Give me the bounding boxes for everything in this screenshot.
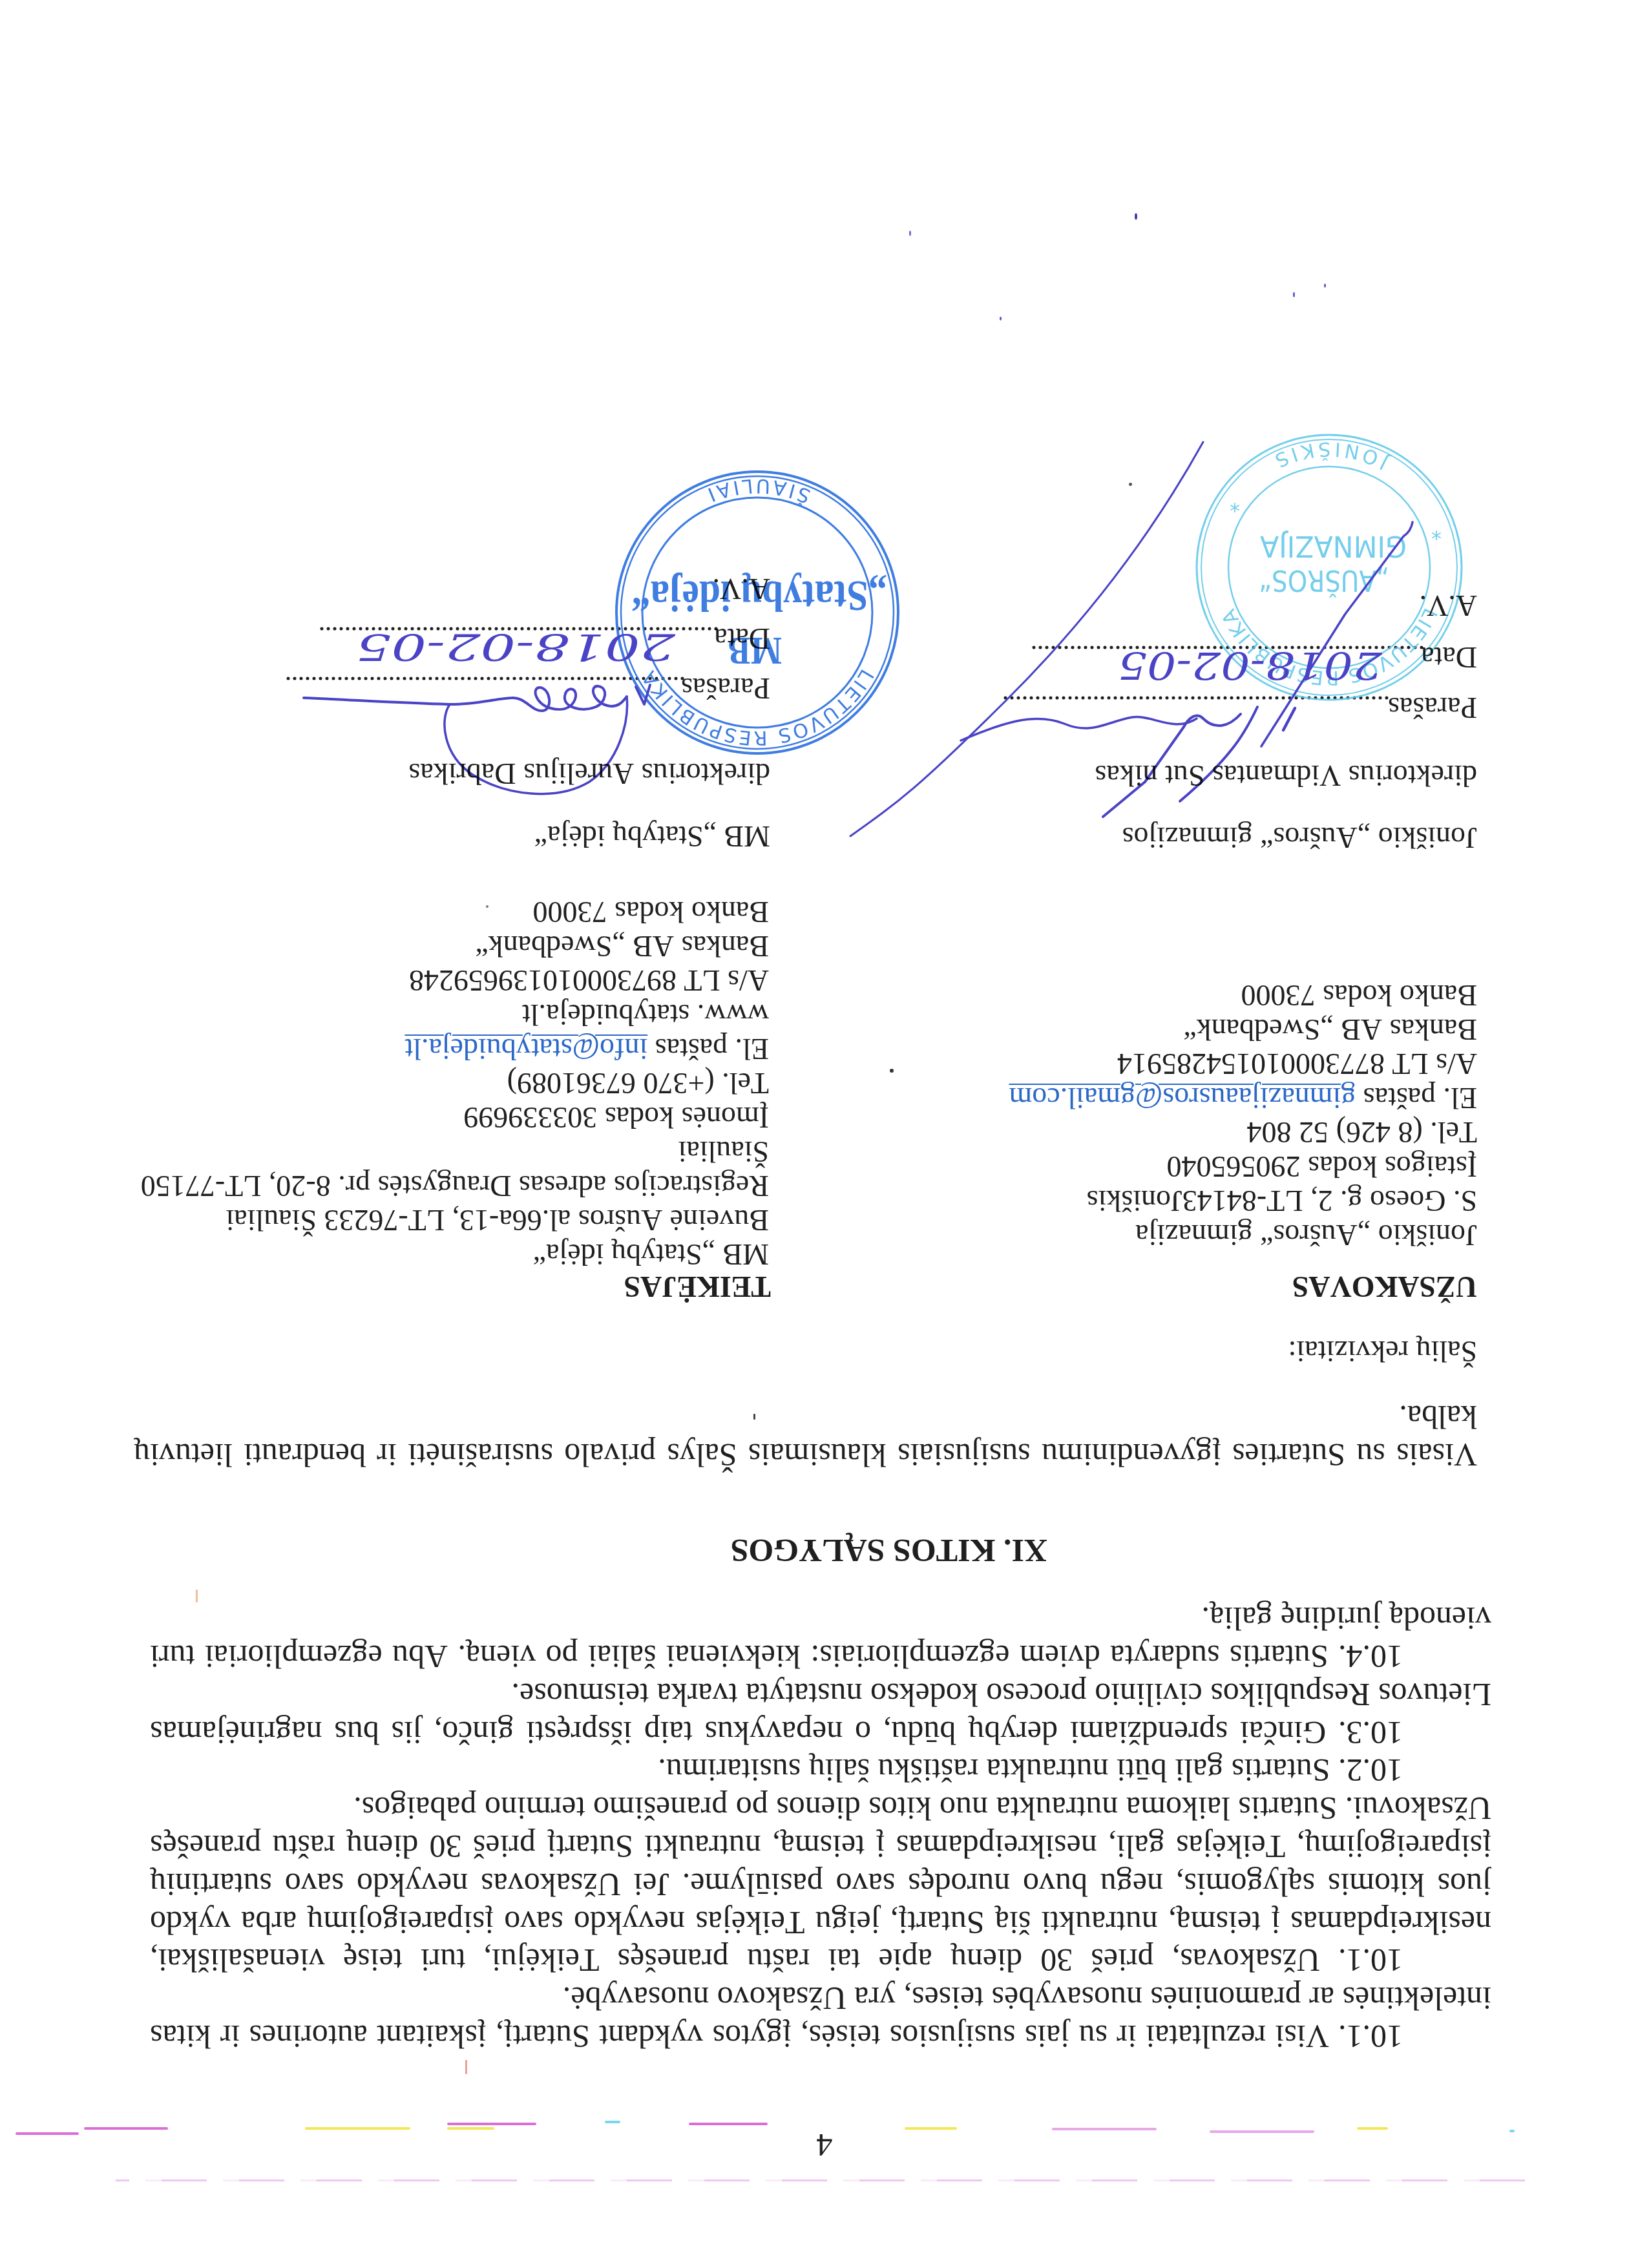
- customer-stamp-separator: *: [1230, 492, 1240, 517]
- svg-text:JONIŠKIS: JONIŠKIS: [1266, 437, 1392, 474]
- page-number: 4: [792, 2126, 857, 2164]
- scan-artifact-line: [116, 2179, 1525, 2181]
- customer-signature-org: Joniškio „Aušros“ gimnazijos: [1122, 821, 1477, 855]
- provider-stamp-ring-bottom: ŠIAULIAI: [701, 474, 814, 509]
- scan-artifact-dash: [1052, 2128, 1157, 2130]
- scan-speck: [1135, 213, 1137, 220]
- clause-10-1b-line: juos kitomis sąlygomis, negu buvo nurodę…: [150, 1865, 1491, 1904]
- customer-requisites: Joniškio „Aušros“ gimnazija S. Goeso g. …: [1009, 978, 1477, 1252]
- svg-text:LIETUVOS RESPUBLIKA: LIETUVOS RESPUBLIKA: [1217, 604, 1441, 689]
- customer-bank-code: Banko kodas 73000: [1009, 978, 1477, 1013]
- customer-name: Joniškio „Aušros“ gimnazija: [1009, 1218, 1477, 1252]
- scan-artifact-dash: [16, 2132, 79, 2135]
- customer-email-row: El. paštas gimnazijaausros@gmail.com: [1009, 1081, 1477, 1115]
- scan-speck: [1129, 483, 1132, 486]
- customer-stamp-center-1: „AUŠROS“: [1259, 563, 1389, 598]
- customer-phone: Tel. (8 426) 52 804: [1009, 1115, 1477, 1150]
- scan-artifact-dash: [905, 2127, 957, 2130]
- customer-email-label: El. paštas: [1363, 1082, 1477, 1115]
- svg-text:ŠIAULIAI: ŠIAULIAI: [701, 474, 814, 509]
- clause-10-2-line: 10.2. Sutartis gali būti nutraukta rašti…: [150, 1752, 1491, 1790]
- customer-stamp-separator: *: [1431, 520, 1442, 545]
- clause-10-3-line: 10.3. Ginčai sprendžiami derybų būdu, o …: [150, 1714, 1491, 1752]
- scan-speck: [465, 2060, 467, 2074]
- clause-10-1b-line: Užsakovui. Sutartis laikoma nutraukta nu…: [150, 1789, 1491, 1827]
- provider-signature-label: Parašas: [681, 671, 770, 706]
- provider-heading: TEIKĖJAS: [624, 1270, 771, 1304]
- provider-date-label: Data: [714, 622, 770, 656]
- clause-10-1b-line: įsipareigojimų, Teikėjas gali, nesikreip…: [150, 1827, 1491, 1865]
- clause-10-3-line: Lietuvos Respublikos civilinio proceso k…: [150, 1675, 1491, 1714]
- customer-stamp-ring-bottom: JONIŠKIS: [1266, 437, 1392, 474]
- provider-stamp: LIETUVOS RESPUBLIKA ŠIAULIAI MB „Statybų…: [616, 472, 898, 753]
- provider-email-row: El. paštas info@statybuideja.lt: [141, 1032, 769, 1066]
- scan-artifact-dash: [447, 2127, 494, 2130]
- scan-artifact-dash: [605, 2121, 620, 2123]
- scan-artifact-dash: [689, 2123, 768, 2125]
- scan-speck: [1000, 317, 1002, 320]
- provider-account: A/s LT 897300010139659248: [141, 963, 769, 998]
- customer-heading: UŽSAKOVAS: [1292, 1270, 1477, 1304]
- provider-office: Buveinė Aušros al.66a-13, LT-76233 Šiaul…: [141, 1203, 769, 1237]
- provider-registration: Registracijos adresas Draugystės pr. 8-2…: [141, 1169, 769, 1203]
- provider-requisites: MB „Statybų idėja“ Buveinė Aušros al.66a…: [141, 895, 769, 1272]
- scan-artifact-dash: [305, 2127, 410, 2130]
- section-11-title: XI. KITOS SĄLYGOS: [731, 1531, 1047, 1570]
- provider-website: www. statybuideja.lt: [141, 998, 769, 1032]
- clause-10-1-line: 10.1. Visi rezultatai ir su jais susijus…: [150, 2017, 1491, 2055]
- scan-speck: [1293, 292, 1295, 297]
- provider-code: Įmonės kodas 303339699: [141, 1100, 769, 1135]
- customer-email-link: gimnazijaausros@gmail.com: [1009, 1082, 1356, 1115]
- section-11-text: Visais su Sutarties įgyvendinimu susijus…: [134, 1398, 1477, 1474]
- customer-stamp-ring-top: LIETUVOS RESPUBLIKA: [1217, 604, 1441, 689]
- customer-stamp-center-2: GIMNAZIJA: [1260, 529, 1407, 562]
- customer-bank: Bankas AB „Swedbank“: [1009, 1013, 1477, 1047]
- provider-signer: direktorius Aurelijus Dabrikas: [408, 757, 770, 791]
- provider-signature-org: MB „Statybų idėja“: [534, 819, 770, 854]
- clause-10-1-line: intelektinės ar pramoninės nuosavybės te…: [150, 1979, 1491, 2017]
- section-11-line: kalba.: [134, 1398, 1477, 1436]
- requisites-label: Šalių rekvizitai:: [1288, 1334, 1477, 1369]
- document-page: 4 10.1. Visi rezultatai ir su jais susij…: [0, 0, 1649, 2268]
- section-10-text: 10.1. Visi rezultatai ir su jais susijus…: [150, 1599, 1491, 2055]
- clause-10-1b-line: nesikreipdamas į teismą, nutraukti šią S…: [150, 1904, 1491, 1942]
- scan-speck: [1324, 284, 1326, 288]
- clause-10-4-line: 10.4. Sutartis sudaryta dviem egzemplior…: [150, 1637, 1491, 1675]
- scan-artifact-dash: [1357, 2127, 1388, 2130]
- customer-address: S. Goeso g. 2, LT-84143Joniškis: [1009, 1184, 1477, 1218]
- provider-handwritten-date: 2018-02-05: [356, 625, 677, 667]
- scan-artifact-dash: [1509, 2130, 1515, 2132]
- provider-email-label: El. paštas: [655, 1033, 769, 1066]
- provider-seal-label: A.V.: [713, 572, 770, 606]
- clause-10-4-line: vienodą juridinę galią.: [150, 1599, 1491, 1637]
- provider-bank-code: Banko kodas 73000: [141, 895, 769, 929]
- provider-bank: Bankas AB „Swedbank“: [141, 929, 769, 963]
- scan-speck: [909, 231, 911, 236]
- scan-artifact-dash: [1210, 2130, 1314, 2133]
- provider-phone: Tel. (+370 67361089): [141, 1066, 769, 1100]
- scan-artifact-dash: [84, 2127, 168, 2130]
- provider-registration-city: Šiauliai: [141, 1135, 769, 1169]
- customer-handwritten-date: 2018-02-05: [1118, 644, 1383, 688]
- customer-account: A/s LT 877300010154285914: [1009, 1047, 1477, 1081]
- customer-date-label: Data: [1421, 640, 1477, 675]
- scan-artifact-dash: [447, 2123, 536, 2125]
- provider-name: MB „Statybų idėja“: [141, 1237, 769, 1272]
- customer-code: Įstaigos kodas 290565040: [1009, 1150, 1477, 1184]
- customer-signature-label: Parašas: [1388, 691, 1477, 725]
- customer-seal-label: A.V.: [1420, 589, 1477, 623]
- scan-speck: [890, 1069, 894, 1073]
- provider-email-link: info@statybuideja.lt: [404, 1033, 647, 1066]
- clause-10-1b-line: 10.1. Užsakovas, prieš 30 dienų apie tai…: [150, 1942, 1491, 1980]
- section-11-line: Visais su Sutarties įgyvendinimu susijus…: [134, 1436, 1477, 1474]
- customer-signer: direktorius Vidmantas Sut nikas: [1095, 759, 1477, 793]
